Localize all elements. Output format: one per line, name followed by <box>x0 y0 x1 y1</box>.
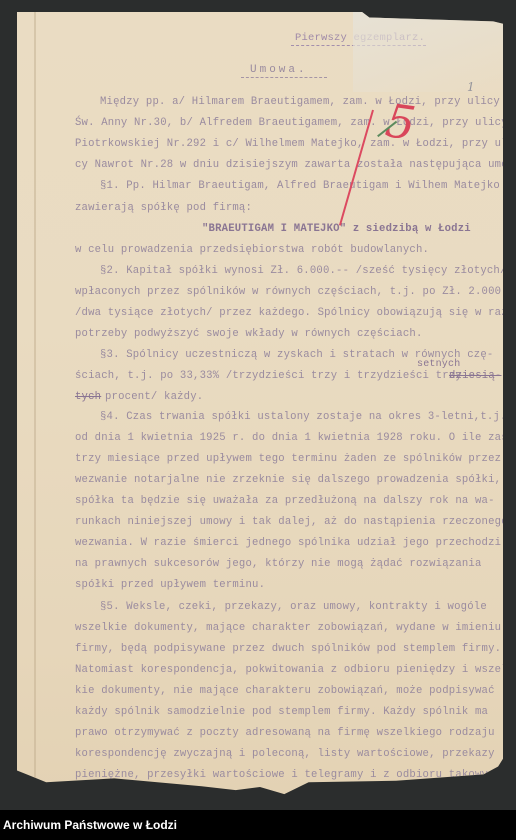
text-line: zawierają spółkę pod firmą: <box>75 202 252 214</box>
text-line: wezwania. W razie śmierci jednego spólni… <box>75 537 501 549</box>
text-line: wezwanie notarjalne nie zrzeknie się dal… <box>75 474 501 486</box>
text-line: /dwa tysiące złotych/ przez każdego. Spó… <box>75 307 516 319</box>
text-line: ściach, t.j. po 33,33% /trzydzieści trzy… <box>75 370 462 382</box>
document-page: Pierwszy egzemplarz. Umowa. 1 Między pp.… <box>17 12 503 798</box>
text-line: runkach niniejszej umowy i tak dalej, aż… <box>75 516 508 528</box>
inserted-correction: setnych <box>417 359 460 370</box>
text-line: Natomiast korespondencja, pokwitowania z… <box>75 664 514 676</box>
text-line: pieniężne, przesyłki wartościowe i teleg… <box>75 769 501 781</box>
text-line: każdy spólnik samodzielnie pod stemplem … <box>75 706 488 718</box>
firm-name-line: "BRAEUTIGAM I MATEJKO" z siedzibą w Łodz… <box>202 223 471 235</box>
document-viewer: Pierwszy egzemplarz. Umowa. 1 Między pp.… <box>0 0 516 810</box>
text-line: §4. Czas trwania spółki ustalony zostaje… <box>100 411 507 423</box>
text-line: wpłaconych przez spólników w równych czę… <box>75 286 516 298</box>
text-line: kie dokumenty, nie mające charakteru zob… <box>75 685 495 697</box>
footer-bar: Archiwum Państwowe w Łodzi <box>0 810 516 840</box>
struck-text: dziesią- <box>449 370 501 382</box>
copy-label: Pierwszy egzemplarz. <box>295 32 425 44</box>
struck-text-continued: tych <box>75 391 101 403</box>
copy-label-underline <box>291 45 426 46</box>
text-line: Św. Anny Nr.30, b/ Alfredem Braeutigamem… <box>75 117 508 129</box>
text-line: prawo otrzymywać z poczty adresowaną na … <box>75 727 495 739</box>
firm-name: "BRAEUTIGAM I MATEJKO" <box>202 223 346 235</box>
text-line: spółki przed upływem terminu. <box>75 579 265 591</box>
text-line: od dnia 1 kwietnia 1925 r. do dnia 1 kwi… <box>75 432 508 444</box>
title-underline <box>241 77 327 78</box>
text-line: wszelkie dokumenty, mające charakter zob… <box>75 622 501 634</box>
archive-name: Archiwum Państwowe w Łodzi <box>3 818 177 832</box>
text-line: §2. Kapitał spółki wynosi Zł. 6.000.-- /… <box>100 265 507 277</box>
text-line: korespondencję zwyczajną i poleconą, lis… <box>75 748 495 760</box>
text-line: na prawnych sukcesorów jego, którzy nie … <box>75 558 482 570</box>
page-number: 1 <box>467 80 475 94</box>
text-line: §5. Weksle, czeki, przekazy, oraz umowy,… <box>100 601 487 613</box>
text-line: w celu prowadzenia przedsiębiorstwa robó… <box>75 244 429 256</box>
text-line: Między pp. a/ Hilmarem Braeutigamem, zam… <box>100 96 500 108</box>
typewritten-text: Pierwszy egzemplarz. Umowa. 1 Między pp.… <box>17 12 503 798</box>
firm-seat: z siedzibą w Łodzi <box>346 223 471 235</box>
text-line: cy Nawrot Nr.28 w dniu dzisiejszym zawar… <box>75 159 516 171</box>
text-line: §1. Pp. Hilmar Braeutigam, Alfred Braeut… <box>100 180 500 192</box>
text-line: trzy miesiące przed upływem tego terminu… <box>75 453 501 465</box>
text-line: procent/ każdy. <box>105 391 203 403</box>
text-line: Piotrkowskiej Nr.292 i c/ Wilhelmem Mate… <box>75 138 516 150</box>
document-title: Umowa. <box>250 64 308 76</box>
text-line: firmy, będą podpisywane przez dwuch spól… <box>75 643 501 655</box>
text-line: spółka ta będzie się uważała za przedłuż… <box>75 495 495 507</box>
text-line: potrzeby podwyższyć swoje wkłady w równy… <box>75 328 423 340</box>
